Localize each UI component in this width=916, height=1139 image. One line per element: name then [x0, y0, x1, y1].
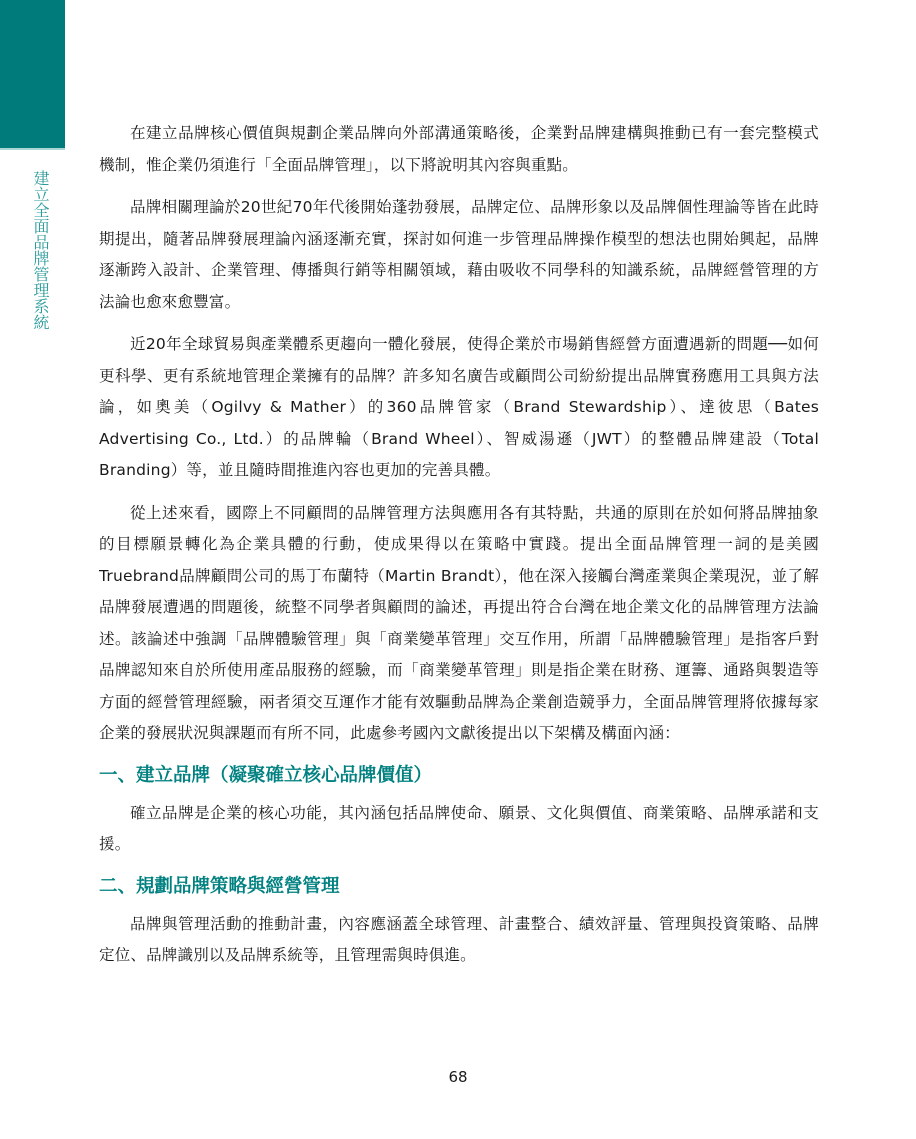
paragraph-history: 品牌相關理論於20世紀70年代後開始蓬勃發展，品牌定位、品牌形象以及品牌個性理論…: [99, 192, 819, 318]
paragraph-intro: 在建立品牌核心價值與規劃企業品牌向外部溝通策略後，企業對品牌建構與推動已有一套完…: [99, 118, 819, 181]
section-heading-brand-strategy: 二、規劃品牌策略與經營管理: [99, 872, 819, 902]
page-content: 在建立品牌核心價值與規劃企業品牌向外部溝通策略後，企業對品牌建構與推動已有一套完…: [99, 118, 819, 983]
section-text-build-brand: 確立品牌是企業的核心功能，其內涵包括品牌使命、願景、文化與價值、商業策略、品牌承…: [99, 798, 819, 861]
page-number: 68: [0, 1068, 916, 1086]
paragraph-overview: 從上述來看，國際上不同顧問的品牌管理方法與應用各有其特點，共通的原則在於如何將品…: [99, 498, 819, 750]
section-heading-build-brand: 一、建立品牌（凝聚確立核心品牌價值）: [99, 761, 819, 791]
side-tab-divider: [0, 148, 65, 150]
chapter-side-title: 建立全面品牌管理系統: [32, 170, 50, 330]
paragraph-global-trade: 近20年全球貿易與產業體系更趨向一體化發展，使得企業於市場銷售經營方面遭遇新的問…: [99, 329, 819, 487]
section-text-brand-strategy: 品牌與管理活動的推動計畫，內容應涵蓋全球管理、計畫整合、績效評量、管理與投資策略…: [99, 909, 819, 972]
side-tab-bar: [0, 0, 65, 148]
